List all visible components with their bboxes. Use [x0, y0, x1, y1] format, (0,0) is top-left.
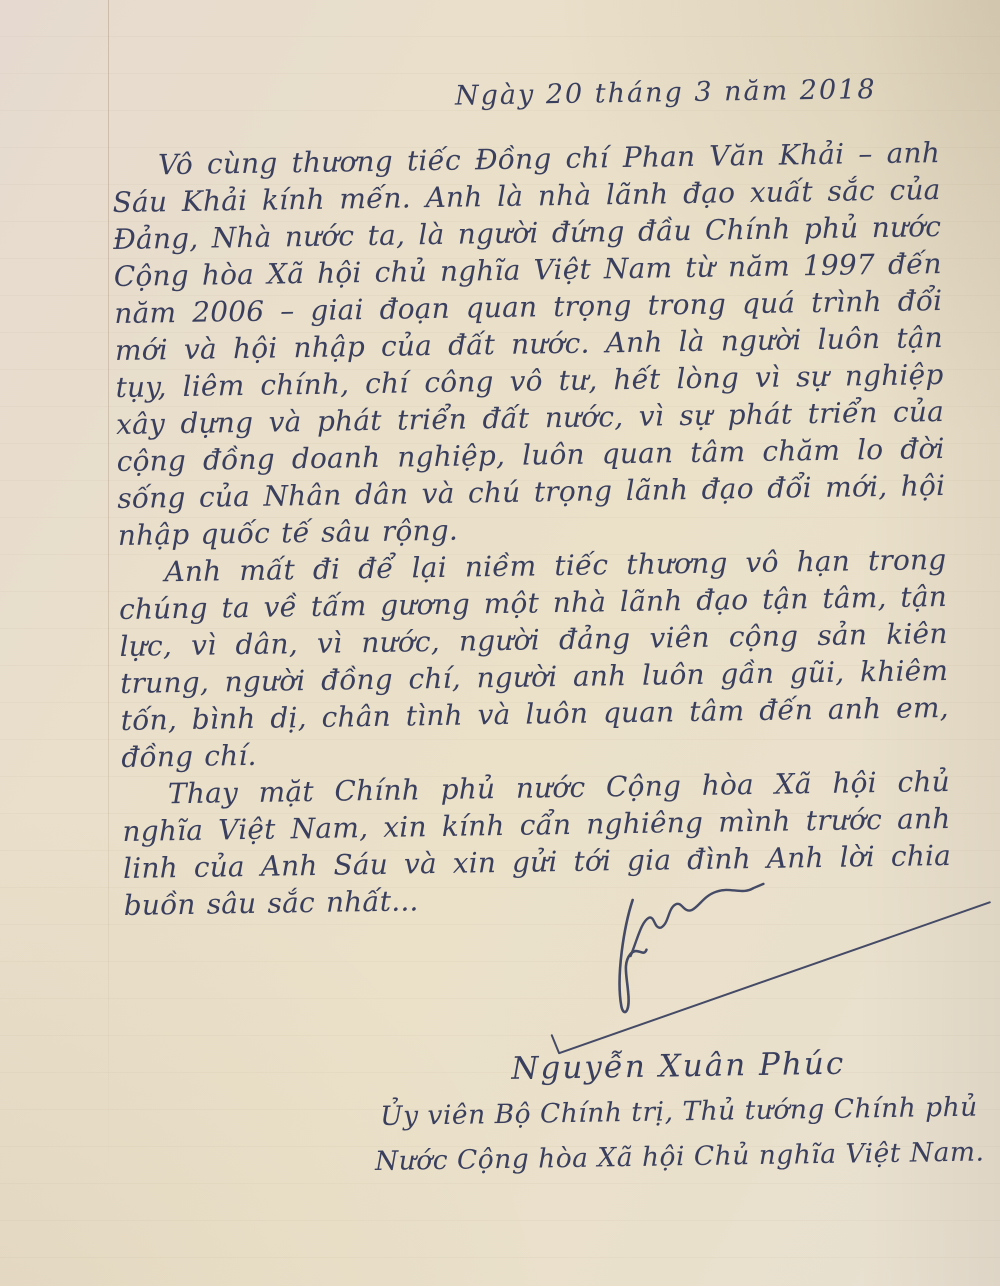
letter-body: Vô cùng thương tiếc Đồng chí Phan Văn Kh…	[112, 134, 952, 924]
letter-photo: Ngày 20 tháng 3 năm 2018 Vô cùng thương …	[0, 0, 1000, 1286]
date-line: Ngày 20 tháng 3 năm 2018	[455, 74, 855, 111]
paragraph-1: Vô cùng thương tiếc Đồng chí Phan Văn Kh…	[112, 134, 946, 554]
signature-scrawl	[495, 858, 998, 1066]
handwritten-ink-layer: Ngày 20 tháng 3 năm 2018 Vô cùng thương …	[0, 0, 1000, 1286]
signature-block: Nguyễn Xuân Phúc Ủy viên Bộ Chính trị, T…	[358, 1038, 1000, 1184]
paragraph-2: Anh mất đi để lại niềm tiếc thương vô hạ…	[118, 541, 949, 776]
signatory-organization: Nước Cộng hòa Xã hội Chủ nghĩa Việt Nam.	[359, 1129, 1000, 1184]
